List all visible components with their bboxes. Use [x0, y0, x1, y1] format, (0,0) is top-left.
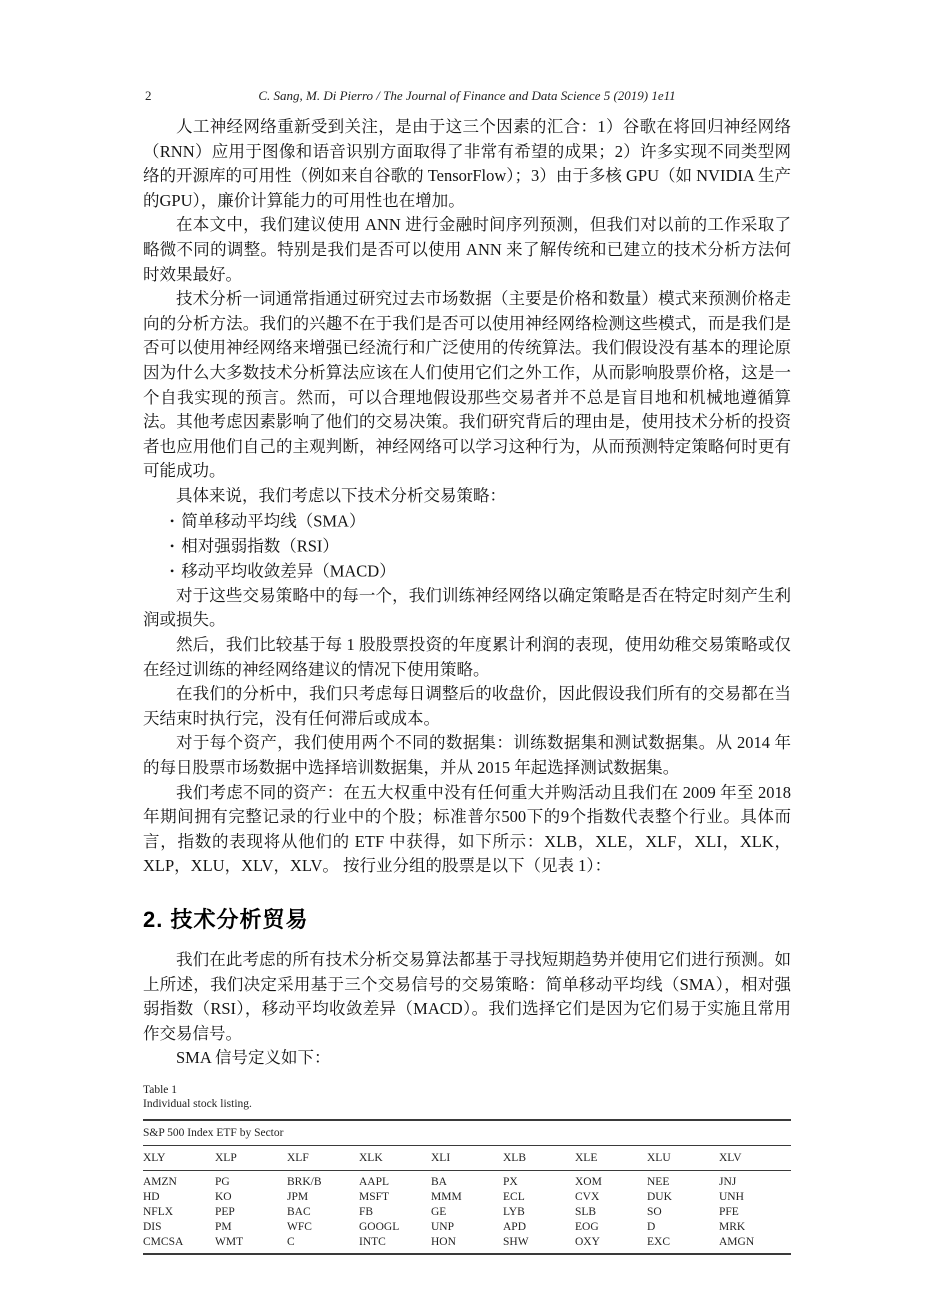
- table-cell: GOOGL: [359, 1220, 431, 1235]
- bullet-item: •移动平均收敛差异（MACD）: [170, 559, 791, 584]
- running-title: C. Sang, M. Di Pierro / The Journal of F…: [258, 88, 675, 103]
- table-cell: SHW: [503, 1235, 575, 1250]
- table-column-header: XLI: [431, 1146, 503, 1171]
- table-cell: APD: [503, 1220, 575, 1235]
- table-label: Table 1: [143, 1083, 791, 1098]
- strategy-bullet-list: •简单移动平均线（SMA） •相对强弱指数（RSI） •移动平均收敛差异（MAC…: [143, 509, 791, 584]
- table-column-header: XLP: [215, 1146, 287, 1171]
- bullet-item: •相对强弱指数（RSI）: [170, 534, 791, 559]
- table-cell: GE: [431, 1205, 503, 1220]
- paragraph: 对于这些交易策略中的每一个，我们训练神经网络以确定策略是否在特定时刻产生利润或损…: [143, 584, 791, 633]
- table-column-header: XLV: [719, 1146, 791, 1171]
- table-cell: UNP: [431, 1220, 503, 1235]
- table-cell: BA: [431, 1175, 503, 1190]
- table-cell: FB: [359, 1205, 431, 1220]
- table-cell: ECL: [503, 1190, 575, 1205]
- table-column-header: XLE: [575, 1146, 647, 1171]
- table-cell: HD: [143, 1190, 215, 1205]
- paragraph: 我们考虑不同的资产：在五大权重中没有任何重大并购活动且我们在 2009 年至 2…: [143, 781, 791, 879]
- table-cell: DIS: [143, 1220, 215, 1235]
- table-1: Table 1 Individual stock listing. S&P 50…: [143, 1083, 791, 1255]
- table-cell: EXC: [647, 1235, 719, 1250]
- table-cell: JNJ: [719, 1175, 791, 1190]
- table-cell: PG: [215, 1175, 287, 1190]
- table-cell: CMCSA: [143, 1235, 215, 1250]
- paragraph: 人工神经网络重新受到关注，是由于这三个因素的汇合：1）谷歌在将回归神经网络（RN…: [143, 115, 791, 213]
- page-number: 2: [145, 88, 152, 104]
- table-cell: PM: [215, 1220, 287, 1235]
- table-column-header: XLF: [287, 1146, 359, 1171]
- table-cell: AAPL: [359, 1175, 431, 1190]
- journal-page: 2 C. Sang, M. Di Pierro / The Journal of…: [0, 0, 925, 1309]
- bullet-icon: •: [170, 564, 174, 578]
- paragraph: 然后，我们比较基于每 1 股股票投资的年度累计利润的表现，使用幼稚交易策略或仅在…: [143, 633, 791, 682]
- table-cell: SLB: [575, 1205, 647, 1220]
- table-cell: PFE: [719, 1205, 791, 1220]
- paragraph: 技术分析一词通常指通过研究过去市场数据（主要是价格和数量）模式来预测价格走向的分…: [143, 287, 791, 484]
- table-cell: WFC: [287, 1220, 359, 1235]
- table-cell: BRK/B: [287, 1175, 359, 1190]
- table-cell: PEP: [215, 1205, 287, 1220]
- paragraph: SMA 信号定义如下：: [143, 1046, 791, 1071]
- paragraph: 在我们的分析中，我们只考虑每日调整后的收盘价，因此假设我们所有的交易都在当天结束…: [143, 682, 791, 731]
- table-cell: UNH: [719, 1190, 791, 1205]
- table-group-header: S&P 500 Index ETF by Sector: [143, 1119, 791, 1146]
- table-caption: Individual stock listing.: [143, 1097, 791, 1112]
- table-cell: EOG: [575, 1220, 647, 1235]
- table-cell: XOM: [575, 1175, 647, 1190]
- bullet-text: 移动平均收敛差异（MACD）: [181, 561, 396, 580]
- bullet-item: •简单移动平均线（SMA）: [170, 509, 791, 534]
- section-heading: 2. 技术分析贸易: [143, 906, 791, 933]
- bullet-text: 简单移动平均线（SMA）: [181, 511, 365, 530]
- table-cell: JPM: [287, 1190, 359, 1205]
- paragraph: 具体来说，我们考虑以下技术分析交易策略：: [143, 484, 791, 509]
- table-cell: AMGN: [719, 1235, 791, 1250]
- table-cell: DUK: [647, 1190, 719, 1205]
- table-column-header: XLB: [503, 1146, 575, 1171]
- table-cell: OXY: [575, 1235, 647, 1250]
- paragraph: 对于每个资产，我们使用两个不同的数据集：训练数据集和测试数据集。从 2014 年…: [143, 731, 791, 780]
- table-cell: MSFT: [359, 1190, 431, 1205]
- table-column-header: XLK: [359, 1146, 431, 1171]
- article-body: 人工神经网络重新受到关注，是由于这三个因素的汇合：1）谷歌在将回归神经网络（RN…: [143, 115, 791, 1071]
- table-cell: PX: [503, 1175, 575, 1190]
- table-column-header: XLY: [143, 1146, 215, 1171]
- table-column-header: XLU: [647, 1146, 719, 1171]
- bullet-icon: •: [170, 514, 174, 528]
- table-cell: NEE: [647, 1175, 719, 1190]
- table-cell: NFLX: [143, 1205, 215, 1220]
- table-cell: WMT: [215, 1235, 287, 1250]
- table-cell: AMZN: [143, 1175, 215, 1190]
- table-cell: SO: [647, 1205, 719, 1220]
- table-cell: CVX: [575, 1190, 647, 1205]
- table-cell: HON: [431, 1235, 503, 1250]
- table-cell: MMM: [431, 1190, 503, 1205]
- table-cell: KO: [215, 1190, 287, 1205]
- table-cell: BAC: [287, 1205, 359, 1220]
- table-cell: D: [647, 1220, 719, 1235]
- paragraph: 在本文中，我们建议使用 ANN 进行金融时间序列预测，但我们对以前的工作采取了略…: [143, 213, 791, 287]
- paragraph: 我们在此考虑的所有技术分析交易算法都基于寻找短期趋势并使用它们进行预测。如上所述…: [143, 948, 791, 1046]
- running-head: 2 C. Sang, M. Di Pierro / The Journal of…: [143, 88, 791, 106]
- table-cell: MRK: [719, 1220, 791, 1235]
- bullet-icon: •: [170, 539, 174, 553]
- table-cell: INTC: [359, 1235, 431, 1250]
- table-cell: C: [287, 1235, 359, 1250]
- table-grid: XLYXLPXLFXLKXLIXLBXLEXLUXLVAMZNPGBRK/BAA…: [143, 1146, 791, 1255]
- bullet-text: 相对强弱指数（RSI）: [181, 536, 339, 555]
- table-cell: LYB: [503, 1205, 575, 1220]
